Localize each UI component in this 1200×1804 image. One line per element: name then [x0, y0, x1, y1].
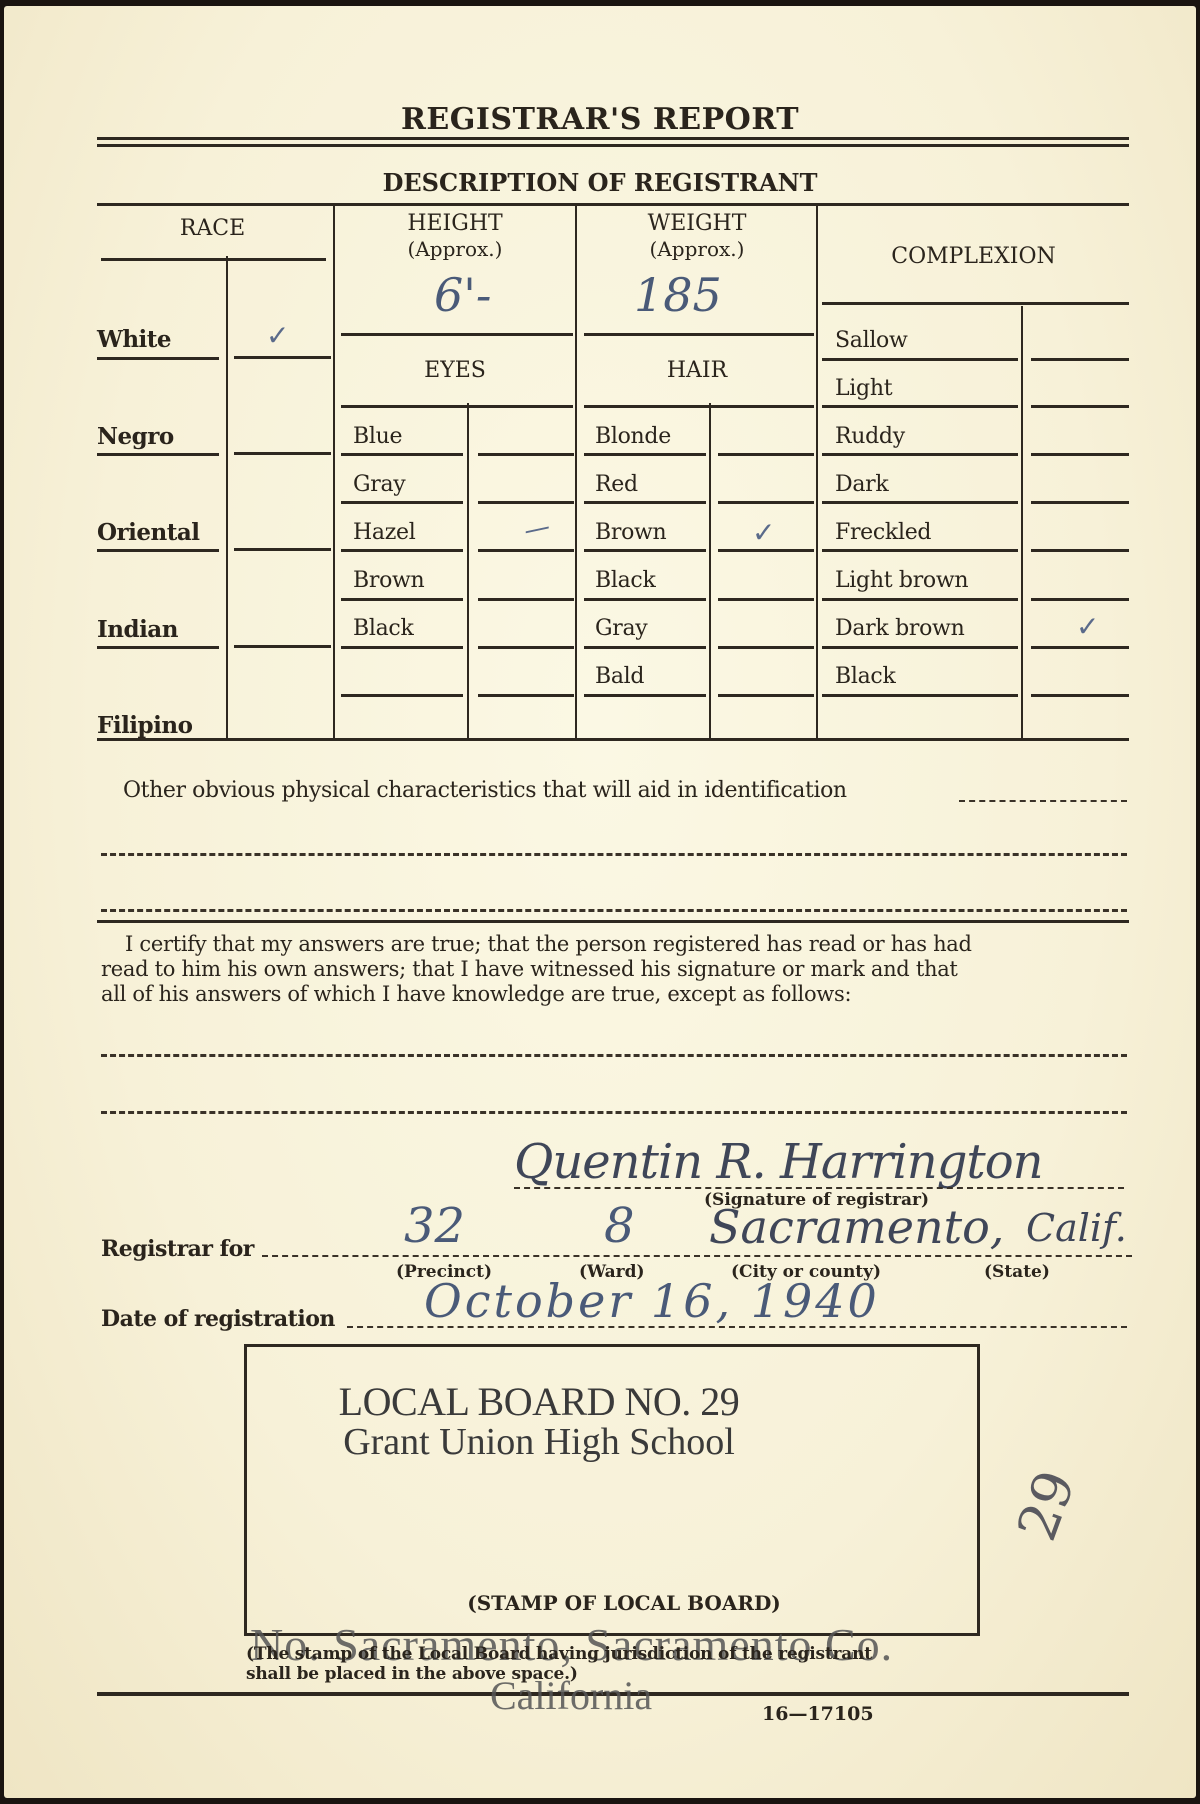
complexion-option-ruddy: Ruddy [835, 424, 905, 449]
eyes-rule [478, 646, 574, 649]
hair-option-bald: Bald [595, 664, 644, 689]
complexion-rule [822, 453, 1018, 456]
hair-rule [584, 549, 706, 552]
complexion-rule [1031, 358, 1129, 361]
registrar-for-label: Registrar for [101, 1236, 254, 1262]
stamp-box-label: (STAMP OF LOCAL BOARD) [304, 1591, 944, 1615]
registration-card: REGISTRAR'S REPORT DESCRIPTION OF REGIST… [4, 6, 1196, 1798]
complexion-rule [822, 501, 1018, 504]
eyes-rule [341, 694, 463, 697]
table-bottom-rule [97, 738, 1129, 741]
other-characteristics-label: Other obvious physical characteristics t… [123, 778, 847, 803]
hair-option-black: Black [595, 568, 655, 593]
date-of-registration-label: Date of registration [101, 1306, 335, 1332]
hair-rule [718, 549, 814, 552]
eyes-rule [341, 453, 463, 456]
eyes-rule [478, 694, 574, 697]
race-header-rule [101, 258, 326, 261]
race-check-divider [226, 256, 228, 740]
weight-approx-label: (Approx.) [577, 237, 817, 261]
complexion-option-light: Light [835, 376, 892, 401]
complexion-rule [1031, 646, 1129, 649]
race-option-indian: Indian [97, 616, 178, 643]
table-top-rule [97, 203, 1129, 206]
eyes-option-blue: Blue [353, 424, 402, 449]
page-title: REGISTRAR'S REPORT [4, 102, 1196, 137]
complexion-rule [822, 549, 1018, 552]
complexion-option-black: Black [835, 664, 895, 689]
race-option-negro: Negro [97, 423, 174, 450]
race-rule [97, 453, 219, 456]
certification-line-1: I certify that my answers are true; that… [101, 932, 1131, 957]
margin-note: 29 [1005, 1462, 1088, 1548]
eyes-rule [478, 453, 574, 456]
height-col-divider [333, 205, 335, 740]
certification-line-2: read to him his own answers; that I have… [101, 957, 1131, 982]
city-value[interactable]: Sacramento, [709, 1200, 1004, 1254]
other-characteristics-line-3[interactable] [101, 909, 1127, 912]
stamp-board-number: LOCAL BOARD NO. 29 [244, 1378, 834, 1425]
hair-option-brown: Brown [595, 520, 666, 545]
complexion-header: COMPLEXION [818, 244, 1129, 269]
race-option-oriental: Oriental [97, 519, 200, 546]
race-rule [97, 357, 219, 360]
registrar-signature[interactable]: Quentin R. Harrington [514, 1134, 1043, 1190]
complexion-option-light-brown: Light brown [835, 568, 968, 593]
hair-rule [584, 453, 706, 456]
stamp-overprint-state: California [490, 1672, 652, 1719]
complexion-rule [1031, 549, 1129, 552]
hair-header-rule [584, 405, 814, 408]
weight-col-divider [575, 205, 577, 740]
weight-value-rule [584, 333, 814, 336]
ward-value[interactable]: 8 [604, 1198, 635, 1254]
hair-rule [584, 646, 706, 649]
complexion-rule [822, 694, 1018, 697]
complexion-rule [1031, 694, 1129, 697]
complexion-dark-brown-checkmark[interactable]: ✓ [1076, 610, 1099, 643]
race-rule [234, 356, 331, 359]
race-option-filipino: Filipino [97, 712, 192, 739]
eyes-rule [478, 501, 574, 504]
eyes-rule [341, 549, 463, 552]
race-white-checkmark[interactable]: ✓ [266, 319, 289, 352]
certification-text: I certify that my answers are true; that… [101, 932, 1131, 1007]
section-divider [97, 920, 1129, 923]
race-header: RACE [101, 216, 324, 241]
height-approx-label: (Approx.) [335, 237, 575, 261]
hair-brown-checkmark[interactable]: ✓ [752, 516, 775, 549]
eyes-rule [478, 549, 574, 552]
complexion-rule [822, 646, 1018, 649]
precinct-value[interactable]: 32 [404, 1198, 465, 1254]
complexion-option-sallow: Sallow [835, 328, 908, 353]
hair-rule [718, 694, 814, 697]
race-rule [234, 452, 331, 455]
exceptions-line-2[interactable] [101, 1111, 1127, 1114]
certification-line-3: all of his answers of which I have knowl… [101, 982, 1131, 1007]
race-rule [97, 646, 219, 649]
height-value[interactable]: 6'- [434, 268, 491, 322]
state-label: (State) [984, 1262, 1050, 1282]
eyes-check-divider [467, 403, 469, 740]
eyes-rule [478, 598, 574, 601]
complexion-rule [1031, 405, 1129, 408]
stamp-school-name: Grant Union High School [244, 1420, 834, 1464]
height-value-rule [341, 333, 573, 336]
hair-rule [584, 694, 706, 697]
race-rule [234, 548, 331, 551]
registrar-for-line [262, 1255, 1132, 1257]
eyes-rule [341, 598, 463, 601]
eyes-rule [341, 646, 463, 649]
race-rule [97, 549, 219, 552]
weight-header: WEIGHT [577, 213, 817, 235]
eyes-header: EYES [335, 358, 575, 383]
eyes-rule [341, 501, 463, 504]
complexion-option-freckled: Freckled [835, 520, 931, 545]
weight-value[interactable]: 185 [634, 268, 722, 322]
exceptions-line-1[interactable] [101, 1054, 1127, 1057]
hair-option-red: Red [595, 472, 638, 497]
date-of-registration-value[interactable]: October 16, 1940 [424, 1274, 880, 1328]
hair-option-blonde: Blonde [595, 424, 671, 449]
hair-rule [584, 598, 706, 601]
title-rule-bottom [97, 144, 1129, 147]
hair-rule [584, 501, 706, 504]
complexion-rule [1031, 598, 1129, 601]
form-number: 16—17105 [762, 1703, 874, 1725]
hair-header: HAIR [577, 358, 817, 383]
signature-line [514, 1187, 1124, 1189]
hair-rule [718, 453, 814, 456]
complexion-check-divider [1021, 306, 1023, 740]
other-characteristics-line-2[interactable] [101, 853, 1127, 856]
hair-option-gray: Gray [595, 616, 647, 641]
eyes-option-gray: Gray [353, 472, 405, 497]
state-value[interactable]: Calif. [1026, 1206, 1127, 1250]
hair-check-divider [709, 403, 711, 740]
race-rule [234, 645, 331, 648]
race-option-white: White [97, 326, 171, 353]
complexion-rule [822, 405, 1018, 408]
eyes-option-black: Black [353, 616, 413, 641]
section-title: DESCRIPTION OF REGISTRANT [4, 168, 1196, 197]
hair-rule [718, 598, 814, 601]
eyes-hazel-checkmark[interactable]: — [521, 512, 553, 547]
complexion-option-dark: Dark [835, 472, 888, 497]
height-header: HEIGHT [335, 213, 575, 235]
complexion-rule [1031, 453, 1129, 456]
hair-rule [718, 646, 814, 649]
eyes-option-hazel: Hazel [353, 520, 415, 545]
complexion-rule [822, 358, 1018, 361]
eyes-header-rule [341, 405, 573, 408]
other-characteristics-field[interactable] [959, 800, 1127, 802]
complexion-header-rule [822, 302, 1129, 305]
hair-rule [718, 501, 814, 504]
stamp-instructions-line-1: (The stamp of the Local Board having jur… [246, 1644, 872, 1664]
title-rule-top [97, 137, 1129, 140]
eyes-option-brown: Brown [353, 568, 424, 593]
complexion-rule [822, 598, 1018, 601]
complexion-rule [1031, 501, 1129, 504]
complexion-option-dark-brown: Dark brown [835, 616, 964, 641]
complexion-col-divider [816, 205, 818, 740]
